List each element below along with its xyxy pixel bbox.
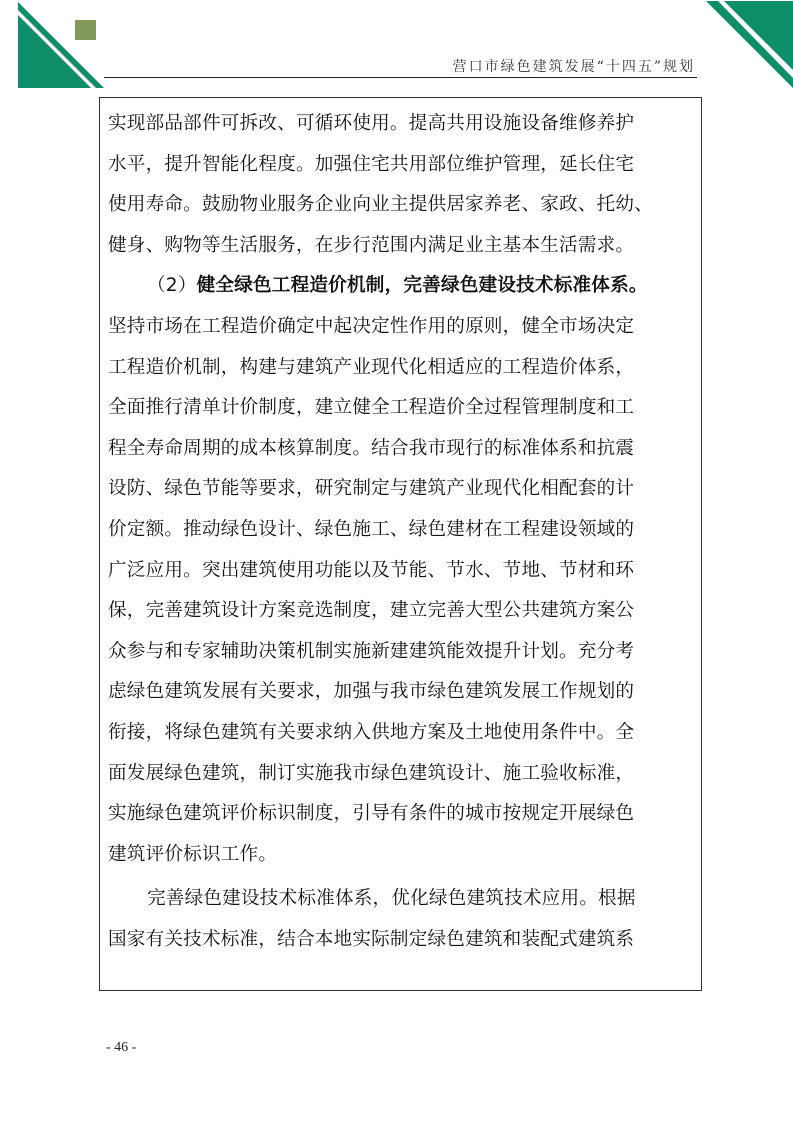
text-line: 实施绿色建筑评价标识制度，引导有条件的城市按规定开展绿色 bbox=[108, 794, 698, 835]
section-heading: （2）健全绿色工程造价机制，完善绿色建设技术标准体系。 bbox=[108, 266, 698, 307]
green-square-icon bbox=[75, 20, 96, 40]
text-line: 广泛应用。突出建筑使用功能以及节能、节水、节地、节材和环 bbox=[108, 551, 698, 592]
document-body: 实现部品部件可拆改、可循环使用。提高共用设施设备维修养护 水平，提升智能化程度。… bbox=[108, 104, 698, 960]
text-line: 面发展绿色建筑，制订实施我市绿色建筑设计、施工验收标准， bbox=[108, 754, 698, 795]
section-heading-text: 健全绿色工程造价机制，完善绿色建设技术标准体系。 bbox=[197, 275, 648, 296]
text-line: 实现部品部件可拆改、可循环使用。提高共用设施设备维修养护 bbox=[108, 104, 698, 145]
text-line: 衔接，将绿色建筑有关要求纳入供地方案及土地使用条件中。全 bbox=[108, 713, 698, 754]
text-line: 使用寿命。鼓励物业服务企业向业主提供居家养老、家政、托幼、 bbox=[108, 185, 698, 226]
page-number: - 46 - bbox=[106, 1040, 136, 1056]
text-line: 保，完善建筑设计方案竞选制度，建立完善大型公共建筑方案公 bbox=[108, 591, 698, 632]
text-line: 全面推行清单计价制度，建立健全工程造价全过程管理制度和工 bbox=[108, 388, 698, 429]
section-number: （2） bbox=[147, 275, 197, 296]
text-line: 设防、绿色节能等要求，研究制定与建筑产业现代化相配套的计 bbox=[108, 469, 698, 510]
text-line: 众参与和专家辅助决策机制实施新建建筑能效提升计划。充分考 bbox=[108, 632, 698, 673]
text-line: 国家有关技术标准，结合本地实际制定绿色建筑和装配式建筑系 bbox=[108, 920, 698, 961]
text-line: 价定额。推动绿色设计、绿色施工、绿色建材在工程建设领域的 bbox=[108, 510, 698, 551]
text-line: 坚持市场在工程造价确定中起决定性作用的原则，健全市场决定 bbox=[108, 307, 698, 348]
text-line: 完善绿色建设技术标准体系，优化绿色建筑技术应用。根据 bbox=[108, 879, 698, 920]
text-line: 工程造价机制，构建与建筑产业现代化相适应的工程造价体系， bbox=[108, 348, 698, 389]
text-line: 建筑评价标识工作。 bbox=[108, 835, 698, 876]
text-line: 程全寿命周期的成本核算制度。结合我市现行的标准体系和抗震 bbox=[108, 429, 698, 470]
header-divider bbox=[104, 77, 697, 78]
text-line: 健身、购物等生活服务，在步行范围内满足业主基本生活需求。 bbox=[108, 226, 698, 267]
document-header-title: 营口市绿色建筑发展“十四五”规划 bbox=[453, 56, 695, 76]
corner-decoration bbox=[0, 0, 793, 100]
text-line: 水平，提升智能化程度。加强住宅共用部位维护管理，延长住宅 bbox=[108, 145, 698, 186]
text-line: 虑绿色建筑发展有关要求，加强与我市绿色建筑发展工作规划的 bbox=[108, 672, 698, 713]
